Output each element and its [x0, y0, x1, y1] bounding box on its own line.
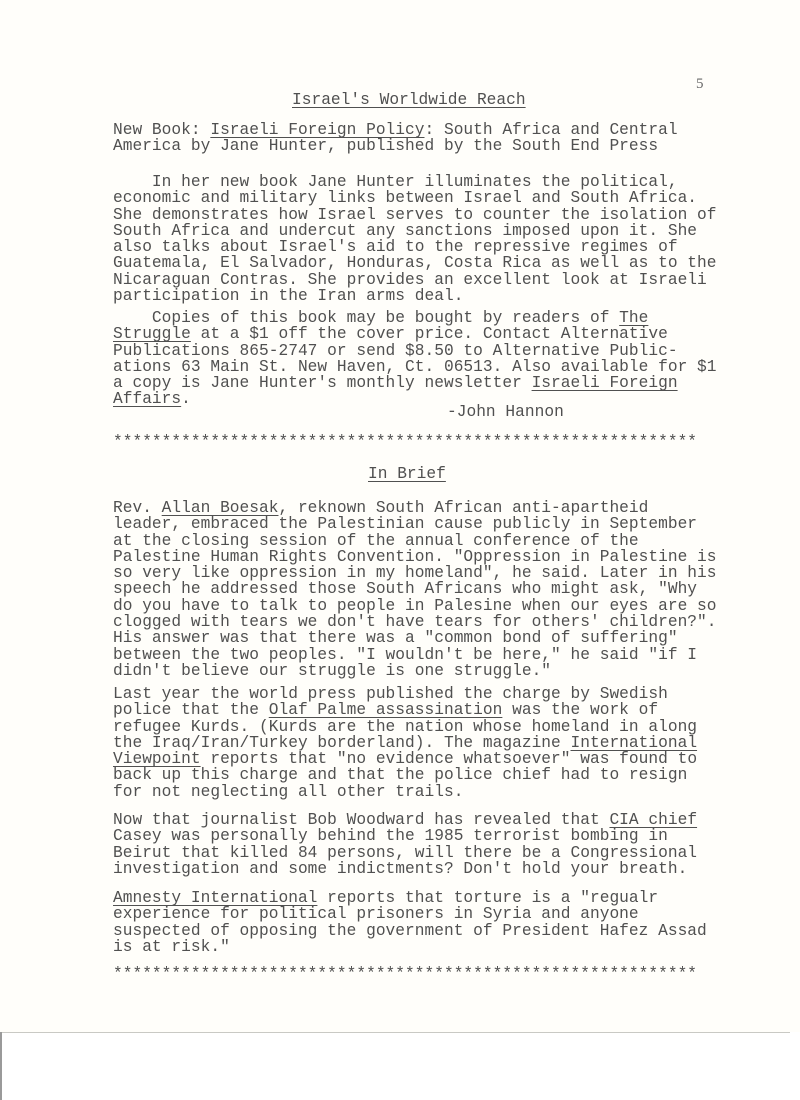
text-line: Publications 865-2747 or send $8.50 to A…: [113, 342, 678, 360]
text-segment: reports that torture is a "regualr: [317, 889, 658, 907]
section-title-text: In Brief: [368, 465, 446, 483]
person-title: CIA chief: [609, 811, 697, 829]
text-line: suspected of opposing the government of …: [113, 922, 707, 940]
text-segment: , reknown South African anti-apartheid: [278, 499, 648, 517]
intro-line2: America by Jane Hunter, published by the…: [113, 137, 658, 155]
text-line: do you have to talk to people in Palesin…: [113, 597, 717, 615]
text-segment: at a $1 off the cover price. Contact Alt…: [191, 325, 668, 343]
text-segment: Copies of this book may be bought by rea…: [113, 309, 619, 327]
text-line: ations 63 Main St. New Haven, Ct. 06513.…: [113, 358, 717, 376]
intro-rest: : South Africa and Central: [425, 121, 678, 139]
text-line: back up this charge and that the police …: [113, 766, 687, 784]
text-line: speech he addressed those South Africans…: [113, 580, 697, 598]
text-line: Beirut that killed 84 persons, will ther…: [113, 844, 697, 862]
organization-name: Amnesty International: [113, 889, 317, 907]
text-line: between the two peoples. "I wouldn't be …: [113, 646, 697, 664]
text-segment: police that the: [113, 701, 269, 719]
text-line: His answer was that there was a "common …: [113, 629, 678, 647]
text-line: She demonstrates how Israel serves to co…: [113, 206, 717, 224]
newsletter-title: Israeli Foreign: [532, 374, 678, 392]
text-line: experience for political prisoners in Sy…: [113, 905, 639, 923]
page-number: 5: [696, 76, 704, 93]
section-divider-bottom: ****************************************…: [113, 966, 697, 982]
text-segment: reports that "no evidence whatsoever" wa…: [201, 750, 697, 768]
newsletter-title: Affairs: [113, 390, 181, 408]
text-line: Guatemala, El Salvador, Honduras, Costa …: [113, 254, 717, 272]
section-divider: ****************************************…: [113, 434, 697, 450]
article-title-text: Israel's Worldwide Reach: [292, 91, 526, 109]
person-name: Allan Boesak: [162, 499, 279, 517]
text-segment: the Iraq/Iran/Turkey borderland). The ma…: [113, 734, 571, 752]
review-paragraph-2: Copies of this book may be bought by rea…: [113, 310, 717, 408]
book-intro: New Book: Israeli Foreign Policy: South …: [113, 122, 678, 155]
text-line: is at risk.": [113, 938, 230, 956]
publication-title: Struggle: [113, 325, 191, 343]
text-line: so very like oppression in my homeland",…: [113, 564, 717, 582]
review-paragraph-1: In her new book Jane Hunter illuminates …: [113, 174, 717, 304]
event-name: Olaf Palme assassination: [269, 701, 503, 719]
text-line: didn't believe our struggle is one strug…: [113, 662, 551, 680]
text-line: Last year the world press published the …: [113, 685, 668, 703]
brief-item-boesak: Rev. Allan Boesak, reknown South African…: [113, 500, 717, 679]
text-line: Palestine Human Rights Convention. "Oppr…: [113, 548, 717, 566]
text-line: refugee Kurds. (Kurds are the nation who…: [113, 718, 697, 736]
text-line: economic and military links between Isra…: [113, 189, 697, 207]
text-line: also talks about Israel's aid to the rep…: [113, 238, 678, 256]
brief-item-amnesty: Amnesty International reports that tortu…: [113, 890, 707, 955]
text-segment: a copy is Jane Hunter's monthly newslett…: [113, 374, 532, 392]
magazine-title: International: [571, 734, 698, 752]
intro-prefix: New Book:: [113, 121, 210, 139]
text-segment: was the work of: [502, 701, 658, 719]
article-title: Israel's Worldwide Reach: [292, 92, 526, 108]
background-below-page: [2, 1033, 800, 1100]
book-title: Israeli Foreign Policy: [210, 121, 424, 139]
text-line: for not neglecting all other trails.: [113, 783, 463, 801]
text-line: at the closing session of the annual con…: [113, 532, 639, 550]
author-signature: -John Hannon: [447, 404, 564, 420]
text-line: Casey was personally behind the 1985 ter…: [113, 827, 668, 845]
text-segment: Now that journalist Bob Woodward has rev…: [113, 811, 609, 829]
text-segment: .: [181, 390, 191, 408]
text-segment: Rev.: [113, 499, 162, 517]
brief-item-woodward: Now that journalist Bob Woodward has rev…: [113, 812, 697, 877]
text-line: participation in the Iran arms deal.: [113, 287, 463, 305]
scan-left-edge: [0, 1032, 2, 1100]
text-line: clogged with tears we don't have tears f…: [113, 613, 717, 631]
text-line: leader, embraced the Palestinian cause p…: [113, 515, 697, 533]
magazine-title: Viewpoint: [113, 750, 201, 768]
text-line: Nicaraguan Contras. She provides an exce…: [113, 271, 707, 289]
section-title: In Brief: [368, 466, 446, 482]
text-line: In her new book Jane Hunter illuminates …: [113, 173, 678, 191]
brief-item-palme: Last year the world press published the …: [113, 686, 697, 800]
text-line: investigation and some indictments? Don'…: [113, 860, 687, 878]
text-line: South Africa and undercut any sanctions …: [113, 222, 697, 240]
publication-title: The: [619, 309, 648, 327]
